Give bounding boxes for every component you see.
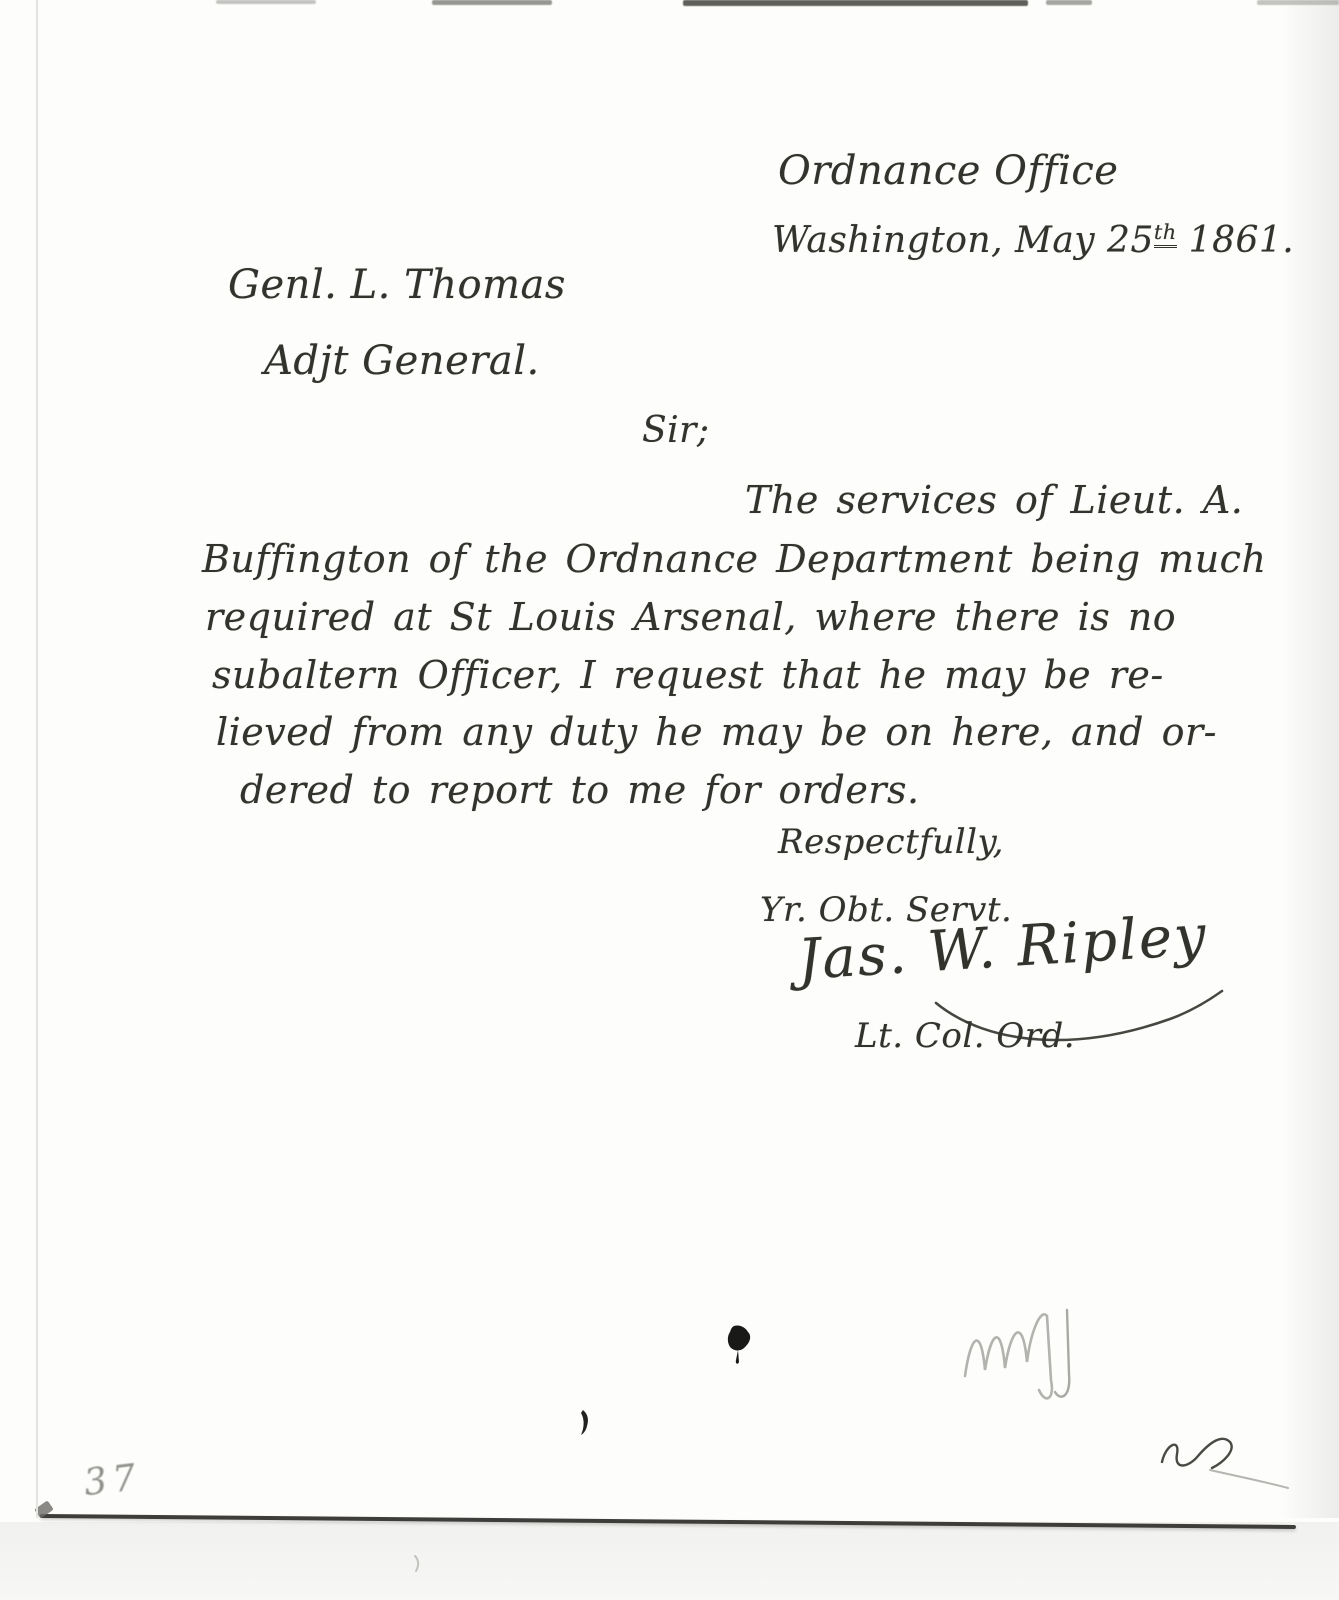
body-line: The services of Lieut. A. (745, 478, 1243, 522)
faint-pencil-tick (410, 1554, 424, 1574)
addressee-name: Genl. L. Thomas (228, 262, 566, 308)
scanned-letter: Ordnance Office Washington, May 25th 186… (0, 0, 1339, 1600)
date-suffix: 1861. (1177, 220, 1295, 261)
scan-smudge (216, 0, 316, 4)
body-line: subaltern Officer, I request that he may… (212, 653, 1164, 697)
pencil-scribble-mark (955, 1288, 1140, 1413)
body-line: required at St Louis Arsenal, where ther… (205, 595, 1176, 639)
salutation: Sir; (642, 410, 710, 451)
signature-title: Lt. Col. Ord. (855, 1016, 1075, 1056)
scan-smudge (1046, 0, 1092, 5)
page-left-edge (36, 0, 38, 1518)
addressee-title: Adjt General. (264, 338, 540, 384)
scan-smudge (432, 0, 552, 5)
ink-blot (724, 1324, 756, 1368)
small-ink-mark (576, 1408, 594, 1438)
scan-smudge (1257, 0, 1339, 5)
heading-office-line: Ordnance Office (778, 148, 1118, 194)
pencil-page-number: 37 (82, 1457, 144, 1505)
scan-smudge (683, 0, 1028, 6)
body-line: dered to report to me for orders. (240, 768, 920, 812)
date-superscript: th (1154, 220, 1177, 248)
body-line: lieved from any duty he may be on here, … (216, 710, 1217, 754)
heading-date-line: Washington, May 25th 1861. (772, 220, 1294, 261)
date-prefix: Washington, May 25 (772, 220, 1154, 261)
scanner-background (0, 1522, 1339, 1600)
ink-initials-squiggle (1150, 1418, 1295, 1493)
body-line: Buffington of the Ordnance Department be… (202, 537, 1266, 581)
closing-respectfully: Respectfully, (778, 822, 1004, 862)
